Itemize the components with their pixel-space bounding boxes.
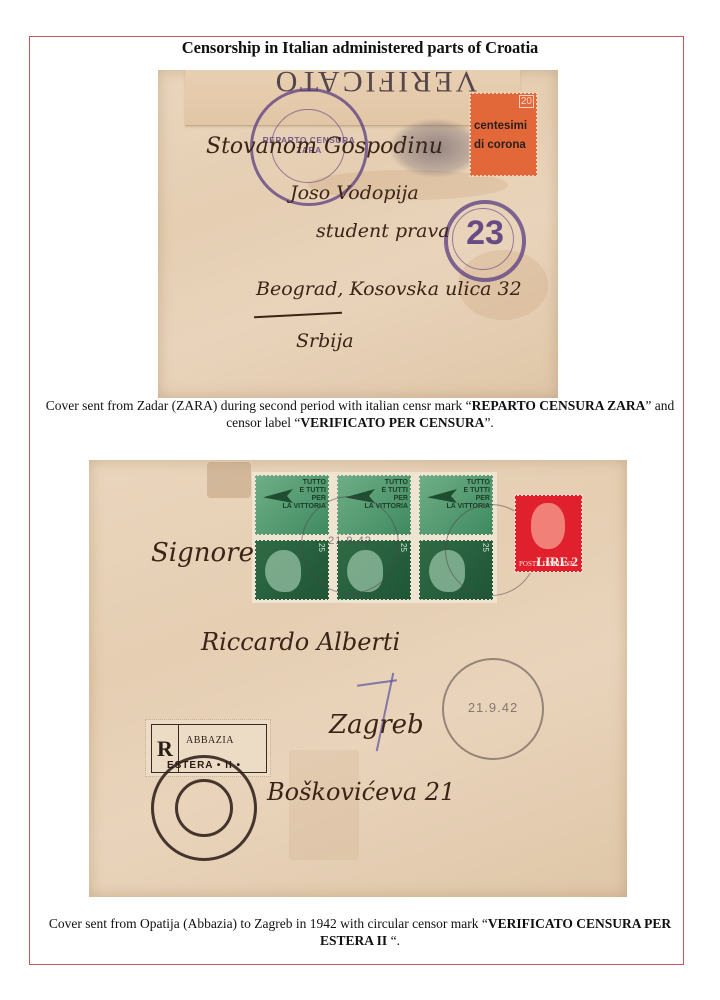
- caption-text: Cover sent from Zadar (ZARA) during seco…: [46, 398, 472, 413]
- caption-bold: REPARTO CENSURA ZARA: [472, 398, 646, 413]
- postmark-zagreb-receiving: 21.9.42: [442, 658, 544, 760]
- postmark-abbazia: 21.9.42: [301, 496, 399, 594]
- stamp-value: LIRE 2: [536, 554, 578, 570]
- censor-number-mark: 23: [444, 200, 526, 282]
- verificato-censura-estera-mark: ESTERA • II •: [151, 755, 257, 861]
- postmark-date: 21.9.42: [444, 700, 542, 715]
- stamp-corona-overprint: 20 centesimi di corona: [470, 93, 537, 176]
- caption-cover-1: Cover sent from Zadar (ZARA) during seco…: [40, 397, 680, 431]
- cover-opatija: TUTTOE TUTTIPERLA VITTORIA TUTTOE TUTTIP…: [89, 460, 627, 897]
- stamp-value: 20: [519, 95, 534, 108]
- cover-zadar: VERIFICATO REPARTO CENSURA ZARA 20 cente…: [158, 70, 558, 398]
- caption-text: ”.: [484, 415, 493, 430]
- caption-cover-2: Cover sent from Opatija (Abbazia) to Zag…: [40, 915, 680, 949]
- caption-bold: VERIFICATO PER CENSURA: [300, 415, 484, 430]
- registration-town: ABBAZIA: [186, 735, 234, 746]
- tape-mark: [207, 462, 251, 498]
- address-line: Srbija: [296, 330, 354, 352]
- address-line: Signore: [151, 538, 254, 568]
- address-line: Stovanom Gospodinu: [206, 134, 443, 159]
- overprint-line: centesimi: [474, 117, 527, 136]
- mark-inner-ring: [175, 779, 233, 837]
- postmark-date: 21.9.42: [302, 535, 398, 547]
- address-line: Beograd, Kosovska ulica 32: [256, 278, 522, 300]
- address-line: Boškovićeva 21: [267, 778, 455, 806]
- censor-mark-text: ESTERA • II •: [154, 760, 254, 771]
- address-line: student prava: [316, 220, 450, 242]
- underline: [254, 312, 342, 318]
- caption-text: “.: [387, 933, 400, 948]
- address-line: Zagreb: [329, 710, 424, 740]
- censor-number: 23: [448, 214, 522, 253]
- caption-text: Cover sent from Opatija (Abbazia) to Zag…: [49, 916, 488, 931]
- overprint-line: di corona: [474, 136, 527, 155]
- stamp-portrait: [531, 503, 565, 549]
- page-title: Censorship in Italian administered parts…: [0, 38, 720, 58]
- stamp-overprint: centesimi di corona: [474, 117, 527, 155]
- address-line: Joso Vodopija: [290, 182, 419, 204]
- stamp-lire-2: POSTE ITALIANE LIRE 2: [515, 495, 582, 572]
- address-line: Riccardo Alberti: [201, 628, 400, 656]
